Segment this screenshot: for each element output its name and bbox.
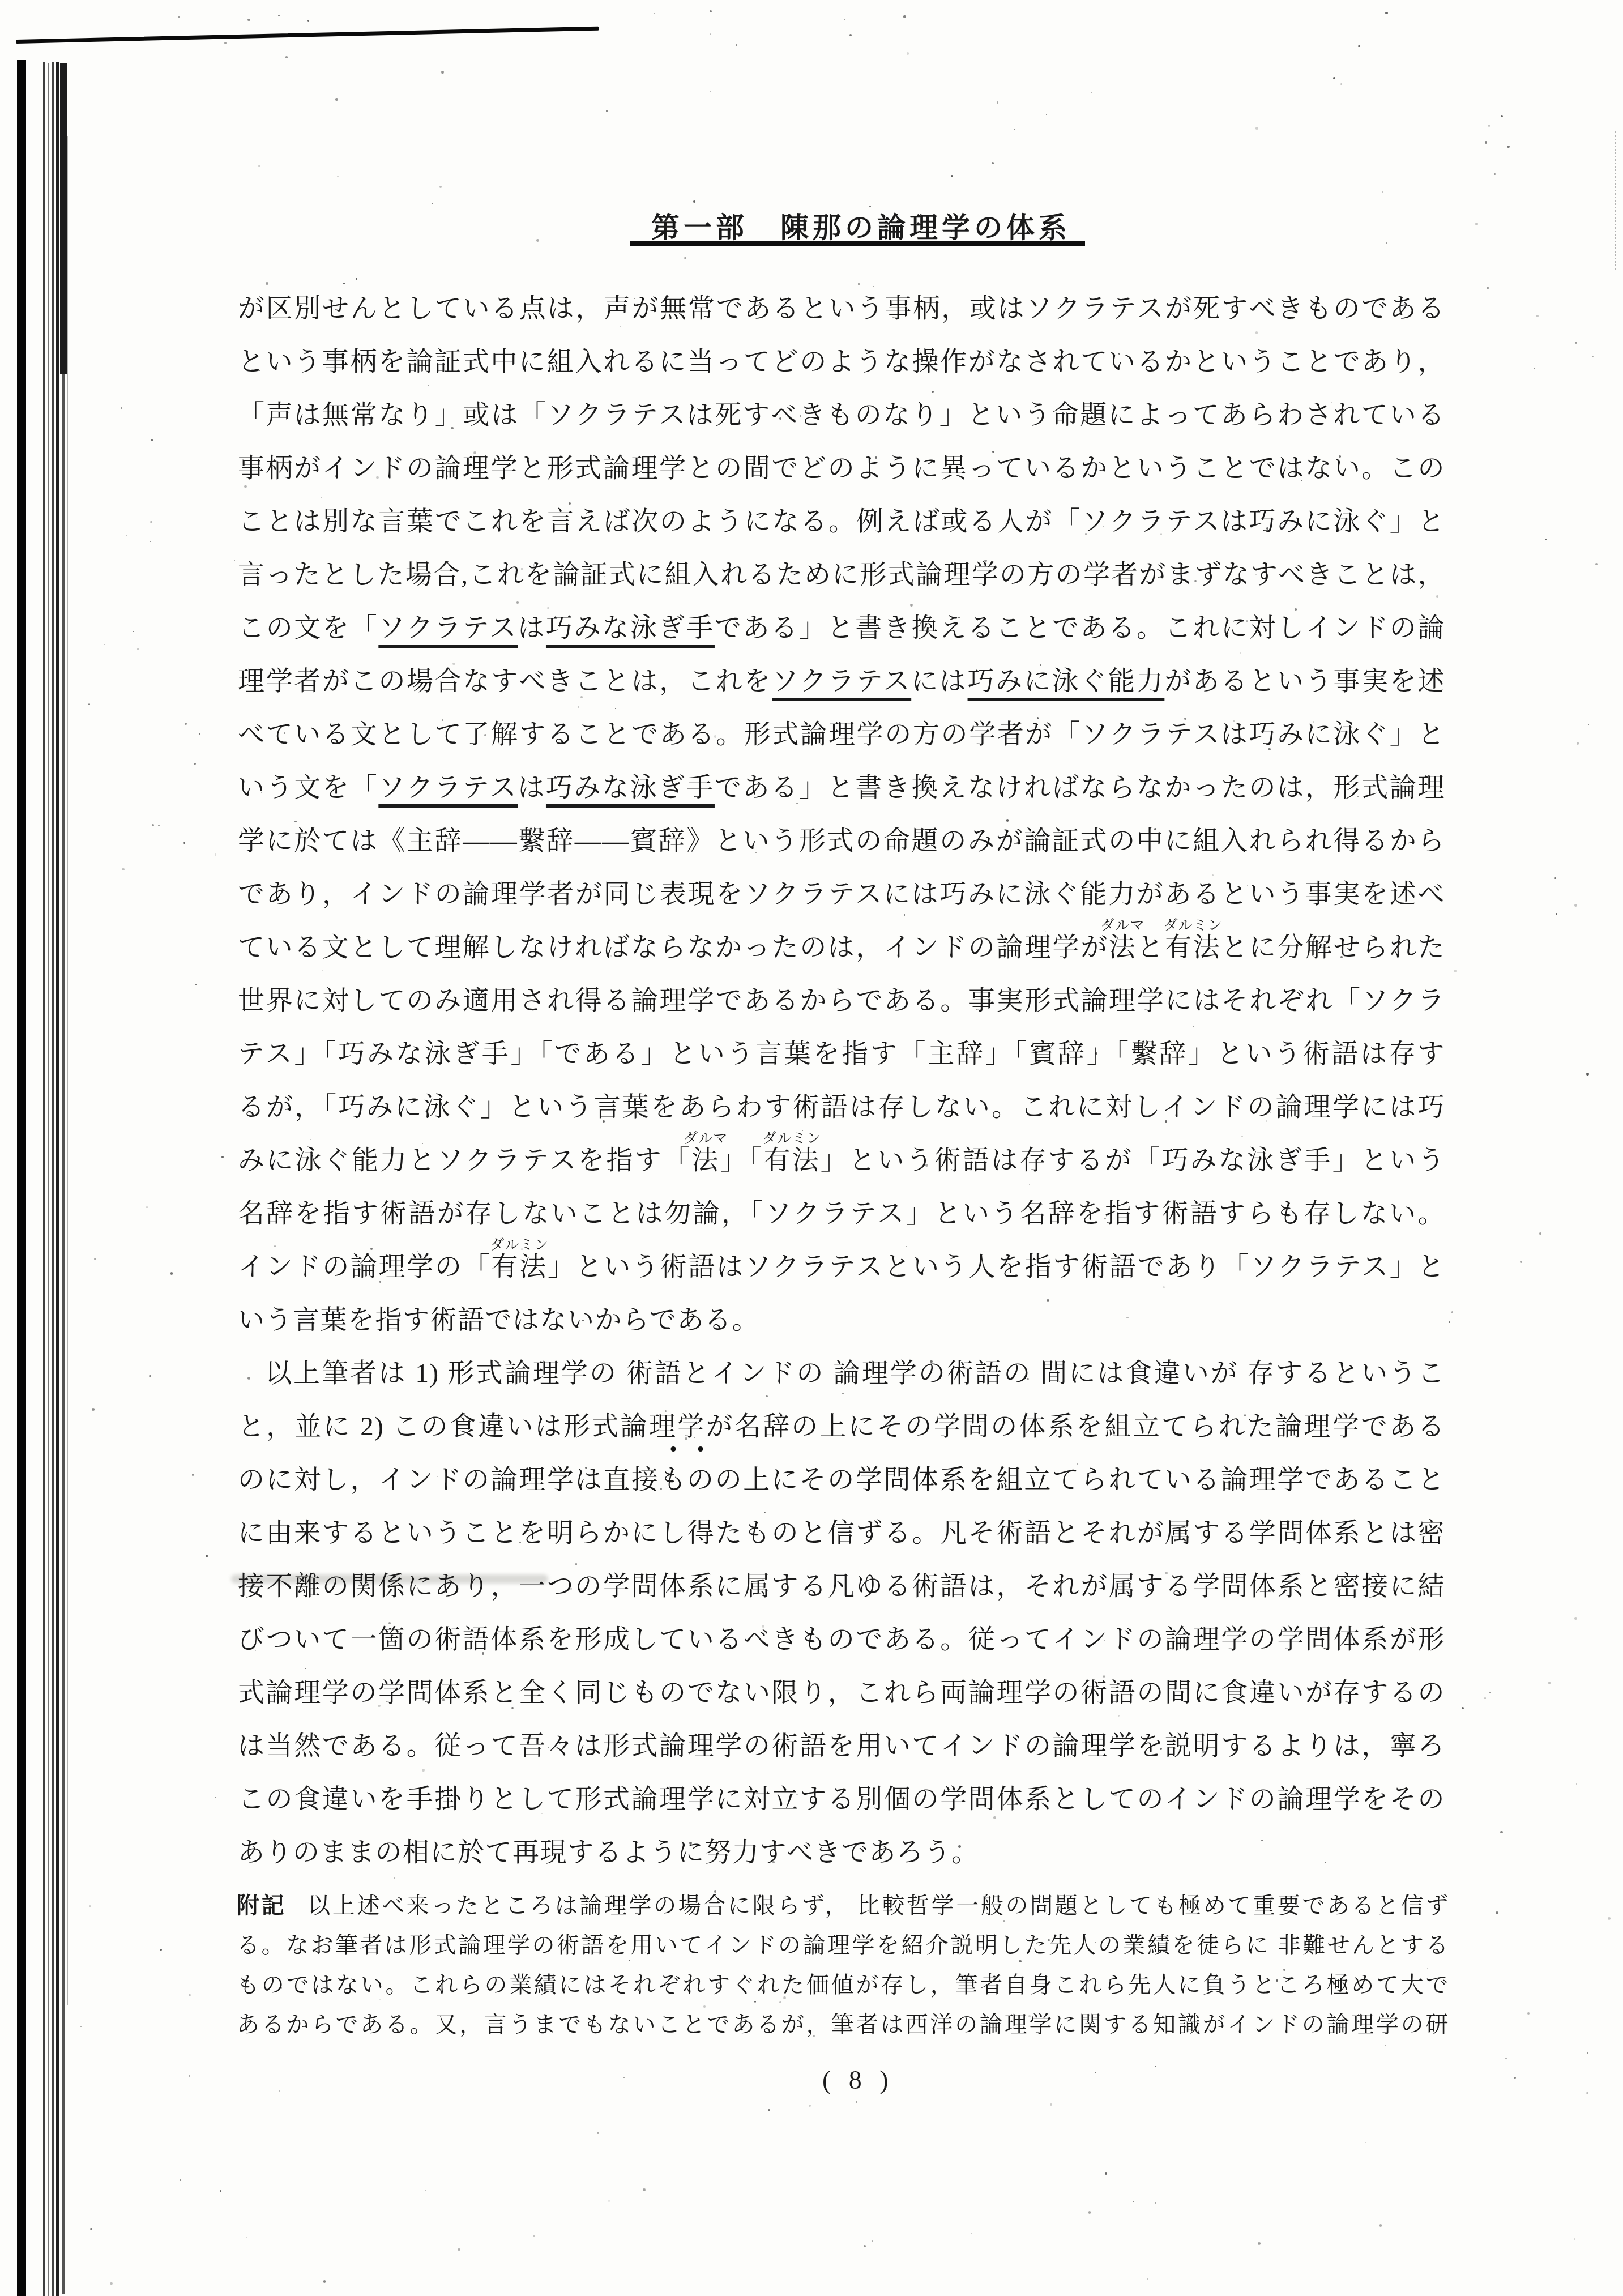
body-line: 接不離の関係にあり，一つの学問体系に属する凡ゆる術語は，それが属する学問体系と密… xyxy=(238,1560,1445,1613)
scan-noise-speck xyxy=(110,2282,112,2285)
scan-noise-speck xyxy=(766,1395,767,1397)
body-line: という事柄を論証式中に組入れるに当ってどのような操作がなされているかということで… xyxy=(238,335,1445,389)
scan-noise-speck xyxy=(1088,2211,1091,2214)
scan-noise-speck xyxy=(933,461,935,463)
scan-noise-speck xyxy=(802,1130,803,1131)
scan-noise-speck xyxy=(958,617,960,618)
scan-noise-speck xyxy=(1489,1692,1492,1694)
text-run: びついて一箇の術語体系を形成しているべきものである。従ってインドの論理学の学問体… xyxy=(238,1625,1445,1654)
scan-noise-speck xyxy=(1514,2077,1516,2079)
scan-noise-speck xyxy=(606,110,608,112)
scan-noise-speck xyxy=(1255,574,1257,575)
scan-noise-speck xyxy=(964,1156,966,1158)
scan-noise-speck xyxy=(117,1260,118,1261)
scan-noise-speck xyxy=(379,1281,382,1283)
scan-noise-speck xyxy=(1587,2052,1589,2054)
body-line: るが，「巧みに泳ぐ」という言葉をあらわす術語は存しない。これに対しインドの論理学… xyxy=(238,1081,1445,1134)
scan-noise-speck xyxy=(569,502,571,505)
scan-noise-speck xyxy=(992,162,994,164)
scan-noise-speck xyxy=(1261,1840,1263,1842)
scan-noise-speck xyxy=(844,19,845,20)
body-line: みに泳ぐ能力とソクラテスを指す「法ダルマ」「有法ダルミン」という術語は存するが「… xyxy=(238,1134,1445,1187)
underlined-term: ソクラテス xyxy=(772,667,911,696)
scan-noise-speck xyxy=(425,2190,426,2191)
scan-noise-speck xyxy=(1595,563,1598,565)
text-run: この文を「 xyxy=(238,613,378,643)
text-run: インドの論理学の「 xyxy=(238,1252,491,1282)
scan-noise-speck xyxy=(307,20,309,22)
scan-noise-speck xyxy=(1046,114,1047,115)
scan-noise-speck xyxy=(1592,356,1594,358)
body-line: と，並に 2) この食違いは形式論理学が名辞の上にその学問の体系を組立てられた論… xyxy=(238,1400,1445,1453)
text-run: である」と書き換えなければならなかったのは，形式論理 xyxy=(715,773,1445,803)
scan-noise-speck xyxy=(685,1437,687,1440)
scan-noise-speck xyxy=(1454,970,1456,972)
scan-noise-speck xyxy=(1357,796,1359,797)
scan-noise-speck xyxy=(1160,533,1162,535)
text-run: テス」「巧みな泳ぎ手」「である」という言葉を指す「主辞」「賓辞」「繫辞」という術… xyxy=(238,1039,1445,1069)
scan-noise-speck xyxy=(451,427,453,429)
underlined-term: ソクラテス xyxy=(378,613,518,643)
scan-noise-speck xyxy=(1586,2092,1588,2094)
scan-noise-speck xyxy=(1255,331,1258,334)
text-run: は当然である。従って吾々は形式論理学の術語を用いてインドの論理学を説明するよりは… xyxy=(238,1731,1445,1761)
scan-noise-speck xyxy=(1520,1261,1522,1263)
scan-noise-speck xyxy=(94,1258,96,1260)
scan-noise-speck xyxy=(1241,1136,1243,1137)
scan-noise-speck xyxy=(604,576,605,577)
ruby-term: 有法ダルミン xyxy=(763,1146,820,1175)
ruby-annotation: ダルマ xyxy=(684,1132,728,1146)
scan-noise-speck xyxy=(710,10,712,12)
emphasized-char: も xyxy=(660,1453,687,1507)
underlined-term: ソクラテス xyxy=(378,773,518,803)
scan-noise-speck xyxy=(1212,874,1214,876)
text-run: とに分解せられた xyxy=(1221,933,1445,962)
body-line: 学に於ては《主辞——繫辞——賓辞》という形式の命題のみが論証式の中に組入れられ得… xyxy=(238,814,1445,868)
scan-noise-speck xyxy=(170,1272,173,1275)
scan-noise-speck xyxy=(473,451,476,454)
scan-noise-speck xyxy=(92,1408,95,1411)
scan-noise-speck xyxy=(710,91,711,92)
scan-noise-speck xyxy=(1608,1917,1611,1920)
text-run: には xyxy=(911,667,967,696)
scan-noise-speck xyxy=(1591,2065,1592,2066)
scan-noise-speck xyxy=(178,16,180,19)
text-run: 「声は無常なり」或は「ソクラテスは死すべきものなり」という命題によってあらわされ… xyxy=(238,400,1445,430)
scan-noise-speck xyxy=(1534,368,1535,369)
scan-noise-speck xyxy=(736,44,737,46)
scan-noise-speck xyxy=(278,15,280,16)
header-underline xyxy=(630,241,1085,246)
scan-noise-speck xyxy=(1379,1914,1381,1915)
emphasized-char: の xyxy=(687,1453,715,1507)
scan-noise-speck xyxy=(1379,2224,1382,2227)
scan-artifact-stripe xyxy=(52,62,54,2296)
note-text: 附記以上述べ来ったところは論理学の場合に限らず， 比較哲学一般の問題としても極め… xyxy=(237,1886,1449,2045)
scan-noise-speck xyxy=(1295,608,1297,611)
text-run: 以上筆者は 1) 形式論理学の 術語とインドの 論理学の術語の 間には食違いが … xyxy=(265,1359,1445,1388)
scan-noise-speck xyxy=(783,1996,786,1999)
scan-noise-speck xyxy=(1385,2045,1386,2046)
text-run: は xyxy=(518,773,546,803)
scan-noise-speck xyxy=(255,1650,257,1651)
scan-noise-speck xyxy=(1184,718,1186,720)
scan-noise-speck xyxy=(121,407,122,408)
scan-noise-speck xyxy=(1091,92,1092,93)
underlined-term: 巧みに泳ぐ能力 xyxy=(968,667,1165,696)
scan-noise-speck xyxy=(849,34,852,36)
scan-artifact-binding-bar xyxy=(17,60,26,2296)
scan-noise-speck xyxy=(1496,1911,1498,1914)
scan-artifact-stripe xyxy=(43,62,45,2296)
scan-noise-speck xyxy=(1548,1682,1551,1684)
scan-noise-speck xyxy=(1258,2242,1261,2245)
scan-noise-speck xyxy=(1505,2058,1507,2059)
scan-noise-speck xyxy=(446,475,448,477)
scan-noise-speck xyxy=(158,825,160,827)
scan-noise-speck xyxy=(183,842,185,844)
scan-noise-speck xyxy=(1545,539,1547,540)
scan-noise-speck xyxy=(1536,315,1539,318)
body-text: が区別せんとしている点は，声が無常であるという事柄，或はソクラテスが死すべきもの… xyxy=(238,282,1445,1879)
text-run: べている文として了解することである。形式論理学の方の学者が「ソクラテスは巧みに泳… xyxy=(238,720,1445,749)
scan-noise-speck xyxy=(764,1512,765,1513)
scan-noise-speck xyxy=(274,1245,276,1247)
body-line: 式論理学の学問体系と全く同じものでない限り，これら両論理学の術語の間に食違いが存… xyxy=(238,1666,1445,1719)
scan-noise-speck xyxy=(199,733,200,735)
scan-noise-speck xyxy=(285,56,288,58)
text-run: いう言葉を指す術語ではないからである。 xyxy=(238,1305,759,1335)
scan-noise-speck xyxy=(1045,931,1046,932)
body-line: ている文として理解しなければならなかったのは，インドの論理学が法ダルマと有法ダル… xyxy=(238,921,1445,974)
scan-noise-speck xyxy=(432,203,433,204)
page-number: ( 8 ) xyxy=(822,2065,894,2095)
scan-noise-speck xyxy=(533,2235,536,2238)
scan-noise-speck xyxy=(869,206,871,207)
underlined-term: 巧みな泳ぎ手 xyxy=(546,773,715,803)
scan-noise-speck xyxy=(1091,475,1094,477)
ruby-term: 法ダルマ xyxy=(691,1146,720,1175)
body-line: 世界に対してのみ適用され得る論理学であるからである。事実形式論理学にはそれぞれ「… xyxy=(238,974,1445,1027)
ruby-term: 有法ダルミン xyxy=(1165,933,1221,962)
scan-noise-speck xyxy=(1475,223,1478,225)
scan-noise-speck xyxy=(623,2077,625,2078)
scan-noise-speck xyxy=(126,535,127,536)
ruby-term: 有法ダルミン xyxy=(491,1252,547,1282)
scan-noise-speck xyxy=(1365,2142,1366,2143)
scan-noise-speck xyxy=(215,1797,216,1798)
scan-noise-speck xyxy=(1340,83,1343,86)
scan-noise-speck xyxy=(783,578,785,580)
scan-noise-speck xyxy=(1233,720,1235,722)
scan-noise-speck xyxy=(335,98,338,100)
scan-noise-speck xyxy=(768,2109,770,2111)
note-line: ものではない。これらの業績にはそれぞれすぐれた価値が存し，筆者自身これら先人に負… xyxy=(237,1965,1449,2005)
scan-noise-speck xyxy=(1586,1073,1588,1075)
scan-noise-speck xyxy=(246,2237,247,2238)
body-line: この食違いを手掛りとして形式論理学に対立する別個の学問体系としてのインドの論理学… xyxy=(238,1773,1445,1826)
scan-noise-speck xyxy=(1155,2066,1156,2067)
emphasis-dot xyxy=(698,1446,703,1452)
scan-noise-speck xyxy=(189,2075,190,2077)
scan-noise-speck xyxy=(1358,45,1360,48)
note-line: あるからである。又，言うまでもないことであるが，筆者は西洋の論理学に関する知識が… xyxy=(237,2005,1449,2045)
scan-noise-speck xyxy=(370,1248,373,1250)
scan-noise-speck xyxy=(194,763,196,765)
scan-artifact-top-line xyxy=(16,27,599,44)
body-line: べている文として了解することである。形式論理学の方の学者が「ソクラテスは巧みに泳… xyxy=(238,708,1445,761)
scan-noise-speck xyxy=(620,326,621,327)
ruby-annotation: ダルミン xyxy=(490,1238,549,1252)
scan-noise-speck xyxy=(189,1994,191,1996)
body-line: 言ったとした場合,これを論証式に組入れるために形式論理学の方の学者がまずなすべき… xyxy=(238,548,1445,601)
scan-noise-speck xyxy=(1494,173,1496,175)
scan-noise-speck xyxy=(1118,1715,1120,1717)
scan-noise-speck xyxy=(536,239,539,242)
body-line: に由来するということを明らかにし得たものと信ずる。凡そ術語とそれが属する学問体系… xyxy=(238,1507,1445,1560)
scan-noise-speck xyxy=(1040,664,1041,666)
scan-noise-speck xyxy=(422,1769,424,1771)
scan-noise-speck xyxy=(900,238,902,240)
scan-noise-speck xyxy=(906,1246,907,1247)
scan-noise-speck xyxy=(951,175,953,177)
body-line: のに対し，インドの論理学は直接ものの上にその学問体系を組立てられている論理学であ… xyxy=(238,1453,1445,1507)
text-run: 式論理学の学問体系と全く同じものでない限り，これら両論理学の術語の間に食違いが存… xyxy=(238,1678,1445,1708)
note-line: 附記以上述べ来ったところは論理学の場合に限らず， 比較哲学一般の問題としても極め… xyxy=(237,1886,1449,1926)
scan-noise-speck xyxy=(578,706,579,708)
scan-noise-speck xyxy=(122,868,125,871)
scan-noise-speck xyxy=(149,1375,151,1377)
scan-noise-speck xyxy=(1325,1862,1326,1863)
scan-noise-speck xyxy=(575,1563,577,1565)
scan-artifact-stripe xyxy=(56,62,59,2296)
scan-noise-speck xyxy=(1268,748,1270,750)
scan-noise-speck xyxy=(221,1156,224,1159)
scan-noise-speck xyxy=(247,19,250,21)
ruby-annotation: ダルマ xyxy=(1101,919,1145,933)
scan-noise-speck xyxy=(1163,1286,1165,1288)
scan-noise-speck xyxy=(1244,1414,1246,1416)
scan-noise-speck xyxy=(1246,620,1248,622)
scan-noise-speck xyxy=(796,1794,798,1795)
ruby-term: 法ダルマ xyxy=(1109,933,1137,962)
scan-noise-speck xyxy=(951,231,953,232)
scan-noise-speck xyxy=(654,13,655,14)
scan-noise-speck xyxy=(714,735,716,737)
scan-noise-speck xyxy=(394,1877,395,1879)
scan-noise-speck xyxy=(603,1120,605,1123)
note-line: る。なお筆者は形式論理学の術語を用いてインドの論理学を紹介説明した先人の業績を徒… xyxy=(237,1926,1449,1965)
scan-noise-speck xyxy=(813,2035,815,2037)
text-run: に由来するということを明らかにし得たものと信ずる。凡そ術語とそれが属する学問体系… xyxy=(238,1518,1445,1548)
scan-noise-speck xyxy=(1104,1218,1105,1219)
scan-noise-speck xyxy=(1103,1675,1105,1678)
emphasis-dot xyxy=(670,1446,676,1452)
scan-noise-speck xyxy=(1095,1052,1097,1055)
scan-noise-speck xyxy=(1574,2238,1575,2240)
scan-noise-speck xyxy=(305,1668,306,1669)
scan-noise-speck xyxy=(1575,342,1577,344)
body-line: 事柄がインドの論理学と形式論理学との間でどのように異っているかということではない… xyxy=(238,442,1445,495)
scan-noise-speck xyxy=(185,723,187,725)
scan-noise-speck xyxy=(1097,622,1100,625)
scan-noise-speck xyxy=(80,2026,82,2027)
scan-noise-speck xyxy=(104,644,105,645)
text-run: であり，インドの論理学者が同じ表現をソクラテスには巧みに泳ぐ能力があるという事実… xyxy=(238,880,1445,909)
text-run: ことは別な言葉でこれを言えば次のようになる。例えば或る人が「ソクラテスは巧みに泳… xyxy=(238,507,1445,536)
scan-noise-speck xyxy=(1449,1321,1451,1324)
scan-noise-speck xyxy=(872,2240,874,2243)
text-run: という事柄を論証式中に組入れるに当ってどのような操作がなされているかということで… xyxy=(238,347,1445,377)
text-run: みに泳ぐ能力とソクラテスを指す「 xyxy=(238,1146,691,1175)
scan-noise-speck xyxy=(1487,287,1489,289)
body-line: この文を「ソクラテスは巧みな泳ぎ手である」と書き換えることである。これに対しイン… xyxy=(238,601,1445,655)
scanned-page: 第一部 陳那の論理学の体系 が区別せんとしている点は，声が無常であるという事柄，… xyxy=(0,0,1623,2296)
scan-noise-speck xyxy=(710,33,711,35)
body-line: 理学者がこの場合なすべきことは，これをソクラテスには巧みに泳ぐ能力があるという事… xyxy=(238,655,1445,708)
scan-noise-speck xyxy=(1333,77,1335,79)
scan-noise-speck xyxy=(1485,141,1488,144)
scan-noise-speck xyxy=(234,560,235,561)
scan-noise-speck xyxy=(146,1206,148,1208)
scan-noise-speck xyxy=(1386,242,1387,244)
scan-noise-speck xyxy=(1382,191,1383,193)
scan-noise-speck xyxy=(1047,1299,1049,1302)
text-run: この食違いを手掛りとして形式論理学に対立する別個の学問体系としてのインドの論理学… xyxy=(238,1785,1445,1814)
text-run: のに対し，インドの論理学は直接 xyxy=(238,1465,660,1495)
scan-noise-speck xyxy=(482,1652,484,1654)
scan-noise-speck xyxy=(259,370,260,372)
text-run: 」という術語は存するが「巧みな泳ぎ手」という xyxy=(821,1146,1445,1175)
scan-noise-speck xyxy=(689,1842,692,1845)
text-run: るが，「巧みに泳ぐ」という言葉をあらわす術語は存しない。これに対しインドの論理学… xyxy=(238,1092,1445,1122)
scan-noise-speck xyxy=(507,1687,509,1689)
ruby-annotation: ダルミン xyxy=(763,1132,822,1146)
scan-noise-speck xyxy=(1114,1794,1117,1796)
scan-noise-speck xyxy=(516,601,519,604)
scan-noise-speck xyxy=(582,1320,584,1321)
scan-noise-speck xyxy=(521,568,522,569)
scan-noise-speck xyxy=(1500,1831,1503,1834)
scan-noise-speck xyxy=(261,792,262,793)
body-line: いう文を「ソクラテスは巧みな泳ぎ手である」と書き換えなければならなかったのは，形… xyxy=(238,761,1445,814)
body-line: テス」「巧みな泳ぎ手」「である」という言葉を指す「主辞」「賓辞」「繫辞」という術… xyxy=(238,1027,1445,1081)
scan-noise-speck xyxy=(439,186,442,188)
scan-noise-speck xyxy=(1154,828,1156,830)
scan-noise-speck xyxy=(1133,2201,1134,2202)
scan-noise-speck xyxy=(660,1488,662,1490)
body-line: びついて一箇の術語体系を形成しているべきものである。従ってインドの論理学の学問体… xyxy=(238,1613,1445,1666)
scan-noise-speck xyxy=(1574,1617,1577,1620)
scan-noise-speck xyxy=(247,1377,250,1380)
scan-noise-speck xyxy=(907,52,909,54)
scan-noise-speck xyxy=(925,1164,928,1167)
scan-noise-speck xyxy=(150,521,152,523)
scan-noise-speck xyxy=(337,176,339,177)
body-line: 名辞を指す術語が存しないことは勿論，「ソクラテス」という名辞を指す術語すらも存し… xyxy=(238,1187,1445,1240)
scan-noise-speck xyxy=(725,37,726,39)
scan-noise-speck xyxy=(90,2228,92,2230)
scan-noise-speck xyxy=(89,1905,91,1907)
scan-noise-speck xyxy=(1165,1572,1168,1574)
scan-noise-speck xyxy=(1462,1707,1464,1709)
scan-noise-speck xyxy=(762,1625,764,1628)
scan-noise-speck xyxy=(932,391,934,393)
scan-noise-speck xyxy=(580,696,583,698)
text-run: があるという事実を述 xyxy=(1164,667,1445,696)
text-run: ありのままの相に於て再現するように努力すべきであろう。 xyxy=(238,1838,979,1867)
scan-noise-speck xyxy=(634,298,635,299)
scan-noise-speck xyxy=(858,283,860,285)
scan-noise-speck xyxy=(1574,904,1577,907)
body-line: は当然である。従って吾々は形式論理学の術語を用いてインドの論理学を説明するよりは… xyxy=(238,1719,1445,1773)
scan-noise-speck xyxy=(206,1555,208,1557)
scan-noise-speck xyxy=(452,663,455,665)
scan-noise-speck xyxy=(1527,2012,1530,2015)
scan-noise-speck xyxy=(1105,2172,1107,2174)
scan-noise-speck xyxy=(992,451,994,453)
text-run: が区別せんとしている点は，声が無常であるという事柄，或はソクラテスが死すべきもの… xyxy=(238,294,1445,323)
scan-noise-speck xyxy=(873,286,874,287)
scan-noise-speck xyxy=(220,2190,221,2192)
text-run: の上にその学問体系を組立てられている論理学であること xyxy=(715,1465,1446,1495)
text-run: 」という術語はソクラテスという人を指す術語であり「ソクラテス」と xyxy=(548,1252,1445,1282)
scan-noise-speck xyxy=(160,1949,161,1951)
body-line: インドの論理学の「有法ダルミン」という術語はソクラテスという人を指す術語であり「… xyxy=(238,1240,1445,1294)
scan-noise-speck xyxy=(1385,12,1387,14)
scan-noise-speck xyxy=(958,1845,961,1848)
scan-noise-speck xyxy=(541,1813,543,1814)
scan-noise-speck xyxy=(266,282,268,285)
scan-noise-speck xyxy=(786,578,788,580)
scan-noise-speck xyxy=(1118,353,1120,355)
scan-noise-speck xyxy=(1037,417,1039,419)
scan-noise-speck xyxy=(258,165,260,167)
scan-noise-speck xyxy=(437,1476,438,1477)
scan-noise-speck xyxy=(1556,913,1557,915)
scan-artifact-stripe xyxy=(60,63,67,374)
scan-noise-speck xyxy=(1155,2202,1156,2204)
scan-noise-speck xyxy=(1339,1376,1342,1379)
scan-noise-speck xyxy=(195,984,197,985)
body-line: いう言葉を指す術語ではないからである。 xyxy=(238,1294,1445,1347)
text-run: 」「 xyxy=(720,1146,763,1175)
scan-noise-speck xyxy=(442,1698,445,1701)
body-line: が区別せんとしている点は，声が無常であるという事柄，或はソクラテスが死すべきもの… xyxy=(238,282,1445,335)
scan-noise-speck xyxy=(597,2132,599,2134)
scan-noise-speck xyxy=(864,2245,866,2247)
scan-noise-speck xyxy=(356,278,357,280)
scan-noise-speck xyxy=(1013,229,1014,231)
scan-noise-speck xyxy=(215,853,217,856)
scan-noise-speck xyxy=(1014,129,1015,130)
scan-noise-speck xyxy=(1130,1581,1131,1582)
text-run: 名辞を指す術語が存しないことは勿論，「ソクラテス」という名辞を指す術語すらも存し… xyxy=(238,1199,1445,1228)
scan-noise-speck xyxy=(1028,2015,1031,2017)
scan-artifact-stripe xyxy=(48,63,49,2296)
scan-noise-speck xyxy=(1539,1232,1541,1235)
scan-noise-speck xyxy=(1507,146,1509,148)
scan-noise-speck xyxy=(1165,1120,1167,1123)
scan-noise-speck xyxy=(256,517,257,518)
scan-noise-speck xyxy=(1577,742,1579,745)
scan-noise-speck xyxy=(1266,1120,1267,1121)
body-line: 以上筆者は 1) 形式論理学の 術語とインドの 論理学の術語の 間には食違いが … xyxy=(238,1347,1445,1400)
text-run: は xyxy=(518,613,546,643)
scan-noise-speck xyxy=(1488,125,1490,126)
text-run: 言ったとした場合,これを論証式に組入れるために形式論理学の方の学者がまずなすべき… xyxy=(238,560,1445,590)
